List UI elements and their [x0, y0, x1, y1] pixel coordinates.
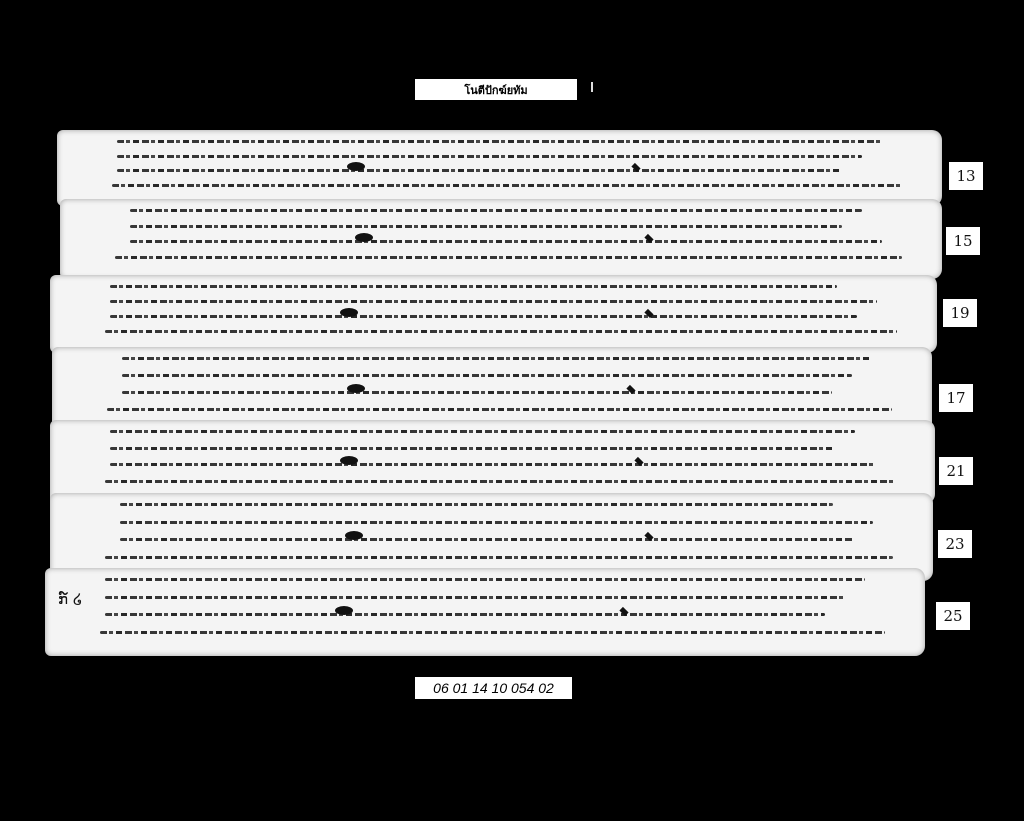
- string-hole: [335, 606, 353, 615]
- script-line: [110, 300, 877, 303]
- palm-leaf-page-13: [57, 130, 942, 206]
- script-line: [110, 285, 837, 288]
- script-line: [120, 521, 873, 524]
- script-line: [110, 430, 855, 433]
- string-hole: [340, 456, 358, 465]
- palm-leaf-page-21: [50, 420, 935, 504]
- script-line: [105, 578, 865, 581]
- script-line: [120, 538, 853, 541]
- script-line: [130, 209, 862, 212]
- string-hole: [345, 531, 363, 540]
- script-line: [130, 225, 842, 228]
- script-line: [117, 155, 862, 158]
- palm-leaf-page-19: [50, 275, 937, 353]
- script-line: [110, 447, 835, 450]
- page-number-tag: 21: [939, 457, 973, 485]
- script-line: [115, 256, 902, 259]
- page-number-tag: 15: [946, 227, 980, 255]
- script-line: [107, 408, 892, 411]
- script-line: [100, 631, 885, 634]
- script-line: [105, 613, 825, 616]
- script-line: [117, 140, 882, 143]
- script-line: [130, 240, 882, 243]
- script-line: [105, 480, 895, 483]
- leaf-margin-number: ກ໌ ໒: [58, 590, 82, 608]
- script-line: [112, 184, 902, 187]
- reference-code-label: 06 01 14 10 054 02: [415, 677, 572, 699]
- script-line: [105, 330, 897, 333]
- page-number-tag: 17: [939, 384, 973, 412]
- script-line: [110, 315, 857, 318]
- script-line: [122, 391, 832, 394]
- string-hole: [355, 233, 373, 242]
- script-line: [110, 463, 875, 466]
- string-hole: [347, 162, 365, 171]
- page-number-tag: 23: [938, 530, 972, 558]
- string-hole: [347, 384, 365, 393]
- script-line: [105, 556, 893, 559]
- manuscript-title-label: โนตีปักฆ์ยทัม: [415, 79, 577, 100]
- page-number-tag: 19: [943, 299, 977, 327]
- scan-artifact-mark: [591, 82, 593, 92]
- script-line: [122, 357, 872, 360]
- string-hole: [340, 308, 358, 317]
- script-line: [120, 503, 833, 506]
- script-line: [117, 169, 842, 172]
- page-number-tag: 13: [949, 162, 983, 190]
- script-line: [122, 374, 852, 377]
- script-line: [105, 596, 845, 599]
- palm-leaf-page-25: [45, 568, 925, 656]
- palm-leaf-page-15: [60, 199, 942, 279]
- page-number-tag: 25: [936, 602, 970, 630]
